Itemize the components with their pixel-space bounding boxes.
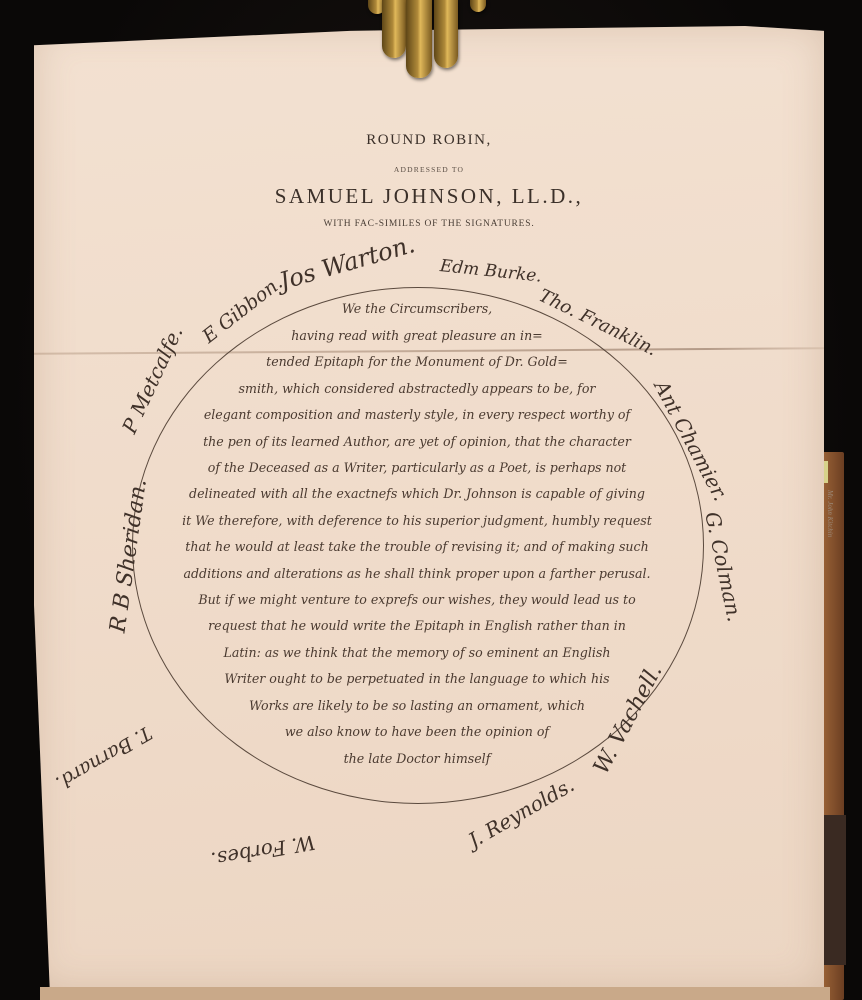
clip-finger (434, 0, 458, 68)
clip-finger (382, 0, 406, 58)
recipient-name: SAMUEL JOHNSON, LL.D., (34, 184, 824, 209)
document-subtitle: WITH FAC-SIMILES OF THE SIGNATURES. (34, 219, 824, 229)
body-line: tended Epitaph for the Monument of Dr. G… (138, 354, 696, 369)
addressed-to-label: ADDRESSED TO (34, 165, 824, 174)
page-bottom-edge (40, 987, 830, 1000)
document-title: ROUND ROBIN, (34, 132, 824, 149)
body-line: elegant composition and masterly style, … (138, 407, 696, 422)
body-line: delineated with all the exactnefs which … (138, 486, 696, 501)
body-line: additions and alterations as he shall th… (138, 566, 696, 581)
body-line: But if we might venture to exprefs our w… (138, 592, 696, 607)
body-line: that he would at least take the trouble … (138, 539, 696, 554)
body-line: of the Deceased as a Writer, particularl… (138, 460, 696, 475)
body-line: the pen of its learned Author, are yet o… (138, 434, 696, 449)
body-line: smith, which considered abstractedly app… (138, 381, 696, 396)
clip-finger (470, 0, 486, 12)
body-line: Latin: as we think that the memory of so… (138, 645, 696, 660)
underlying-page-note: Mr. John Kitchin (826, 490, 834, 537)
body-line: Works are likely to be so lasting an orn… (138, 698, 696, 713)
body-line: it We therefore, with deference to his s… (138, 513, 696, 528)
body-line: request that he would write the Epitaph … (138, 618, 696, 633)
body-line: Writer ought to be perpetuated in the la… (138, 671, 696, 686)
book-cover-shadow (824, 815, 846, 965)
clip-finger (406, 0, 432, 78)
brass-hand-clip-icon (368, 0, 488, 80)
